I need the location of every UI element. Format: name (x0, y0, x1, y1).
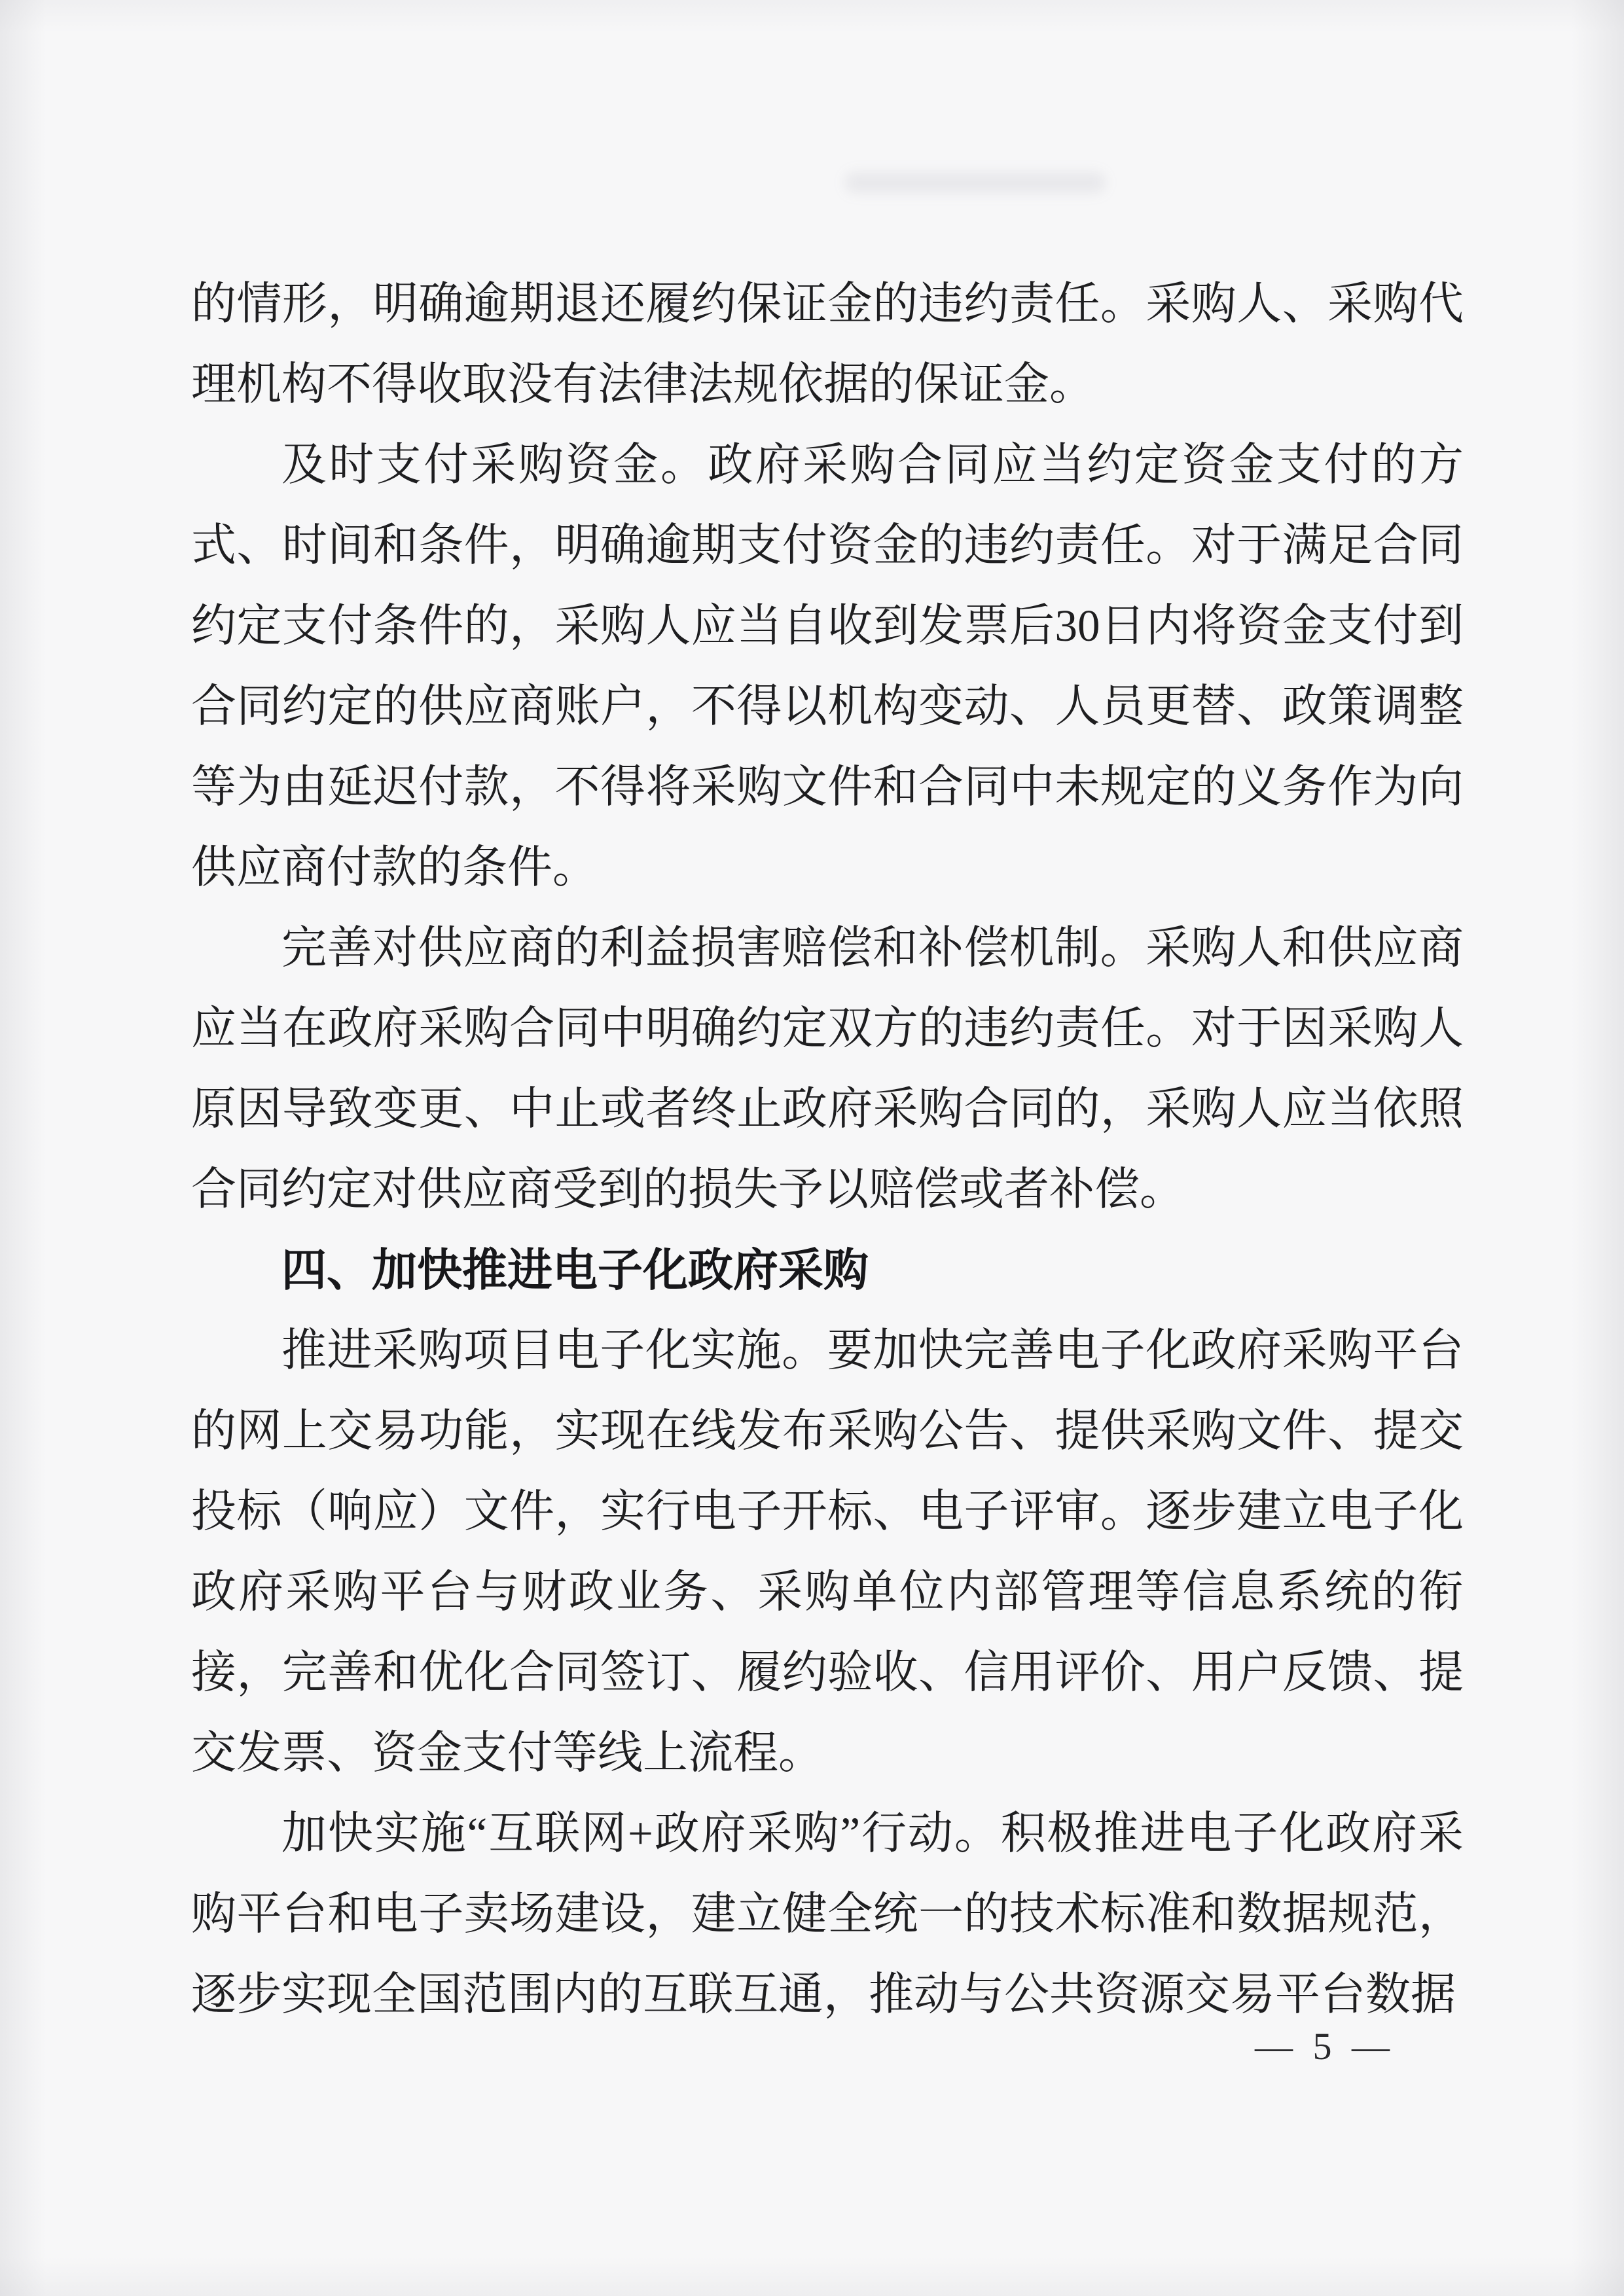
section-heading: 四、加快推进电子化政府采购 (191, 1230, 1464, 1310)
body-paragraph-compensation: 完善对供应商的利益损害赔偿和补偿机制。采购人和供应商应当在政府采购合同中明确约定… (191, 908, 1464, 1230)
body-paragraph-continuation: 的情形，明确逾期退还履约保证金的违约责任。采购人、采购代理机构不得收取没有法律法… (191, 264, 1464, 425)
document-body: 的情形，明确逾期退还履约保证金的违约责任。采购人、采购代理机构不得收取没有法律法… (191, 264, 1464, 2035)
body-paragraph-internet-plus: 加快实施“互联网+政府采购”行动。积极推进电子化政府采购平台和电子卖场建设，建立… (191, 1793, 1464, 2035)
scan-bleedthrough-artifact (844, 171, 1106, 194)
body-paragraph-eprocurement: 推进采购项目电子化实施。要加快完善电子化政府采购平台的网上交易功能，实现在线发布… (191, 1310, 1464, 1793)
page-number: — 5 — (1255, 2024, 1395, 2070)
body-paragraph-timely-payment: 及时支付采购资金。政府采购合同应当约定资金支付的方式、时间和条件，明确逾期支付资… (191, 425, 1464, 908)
